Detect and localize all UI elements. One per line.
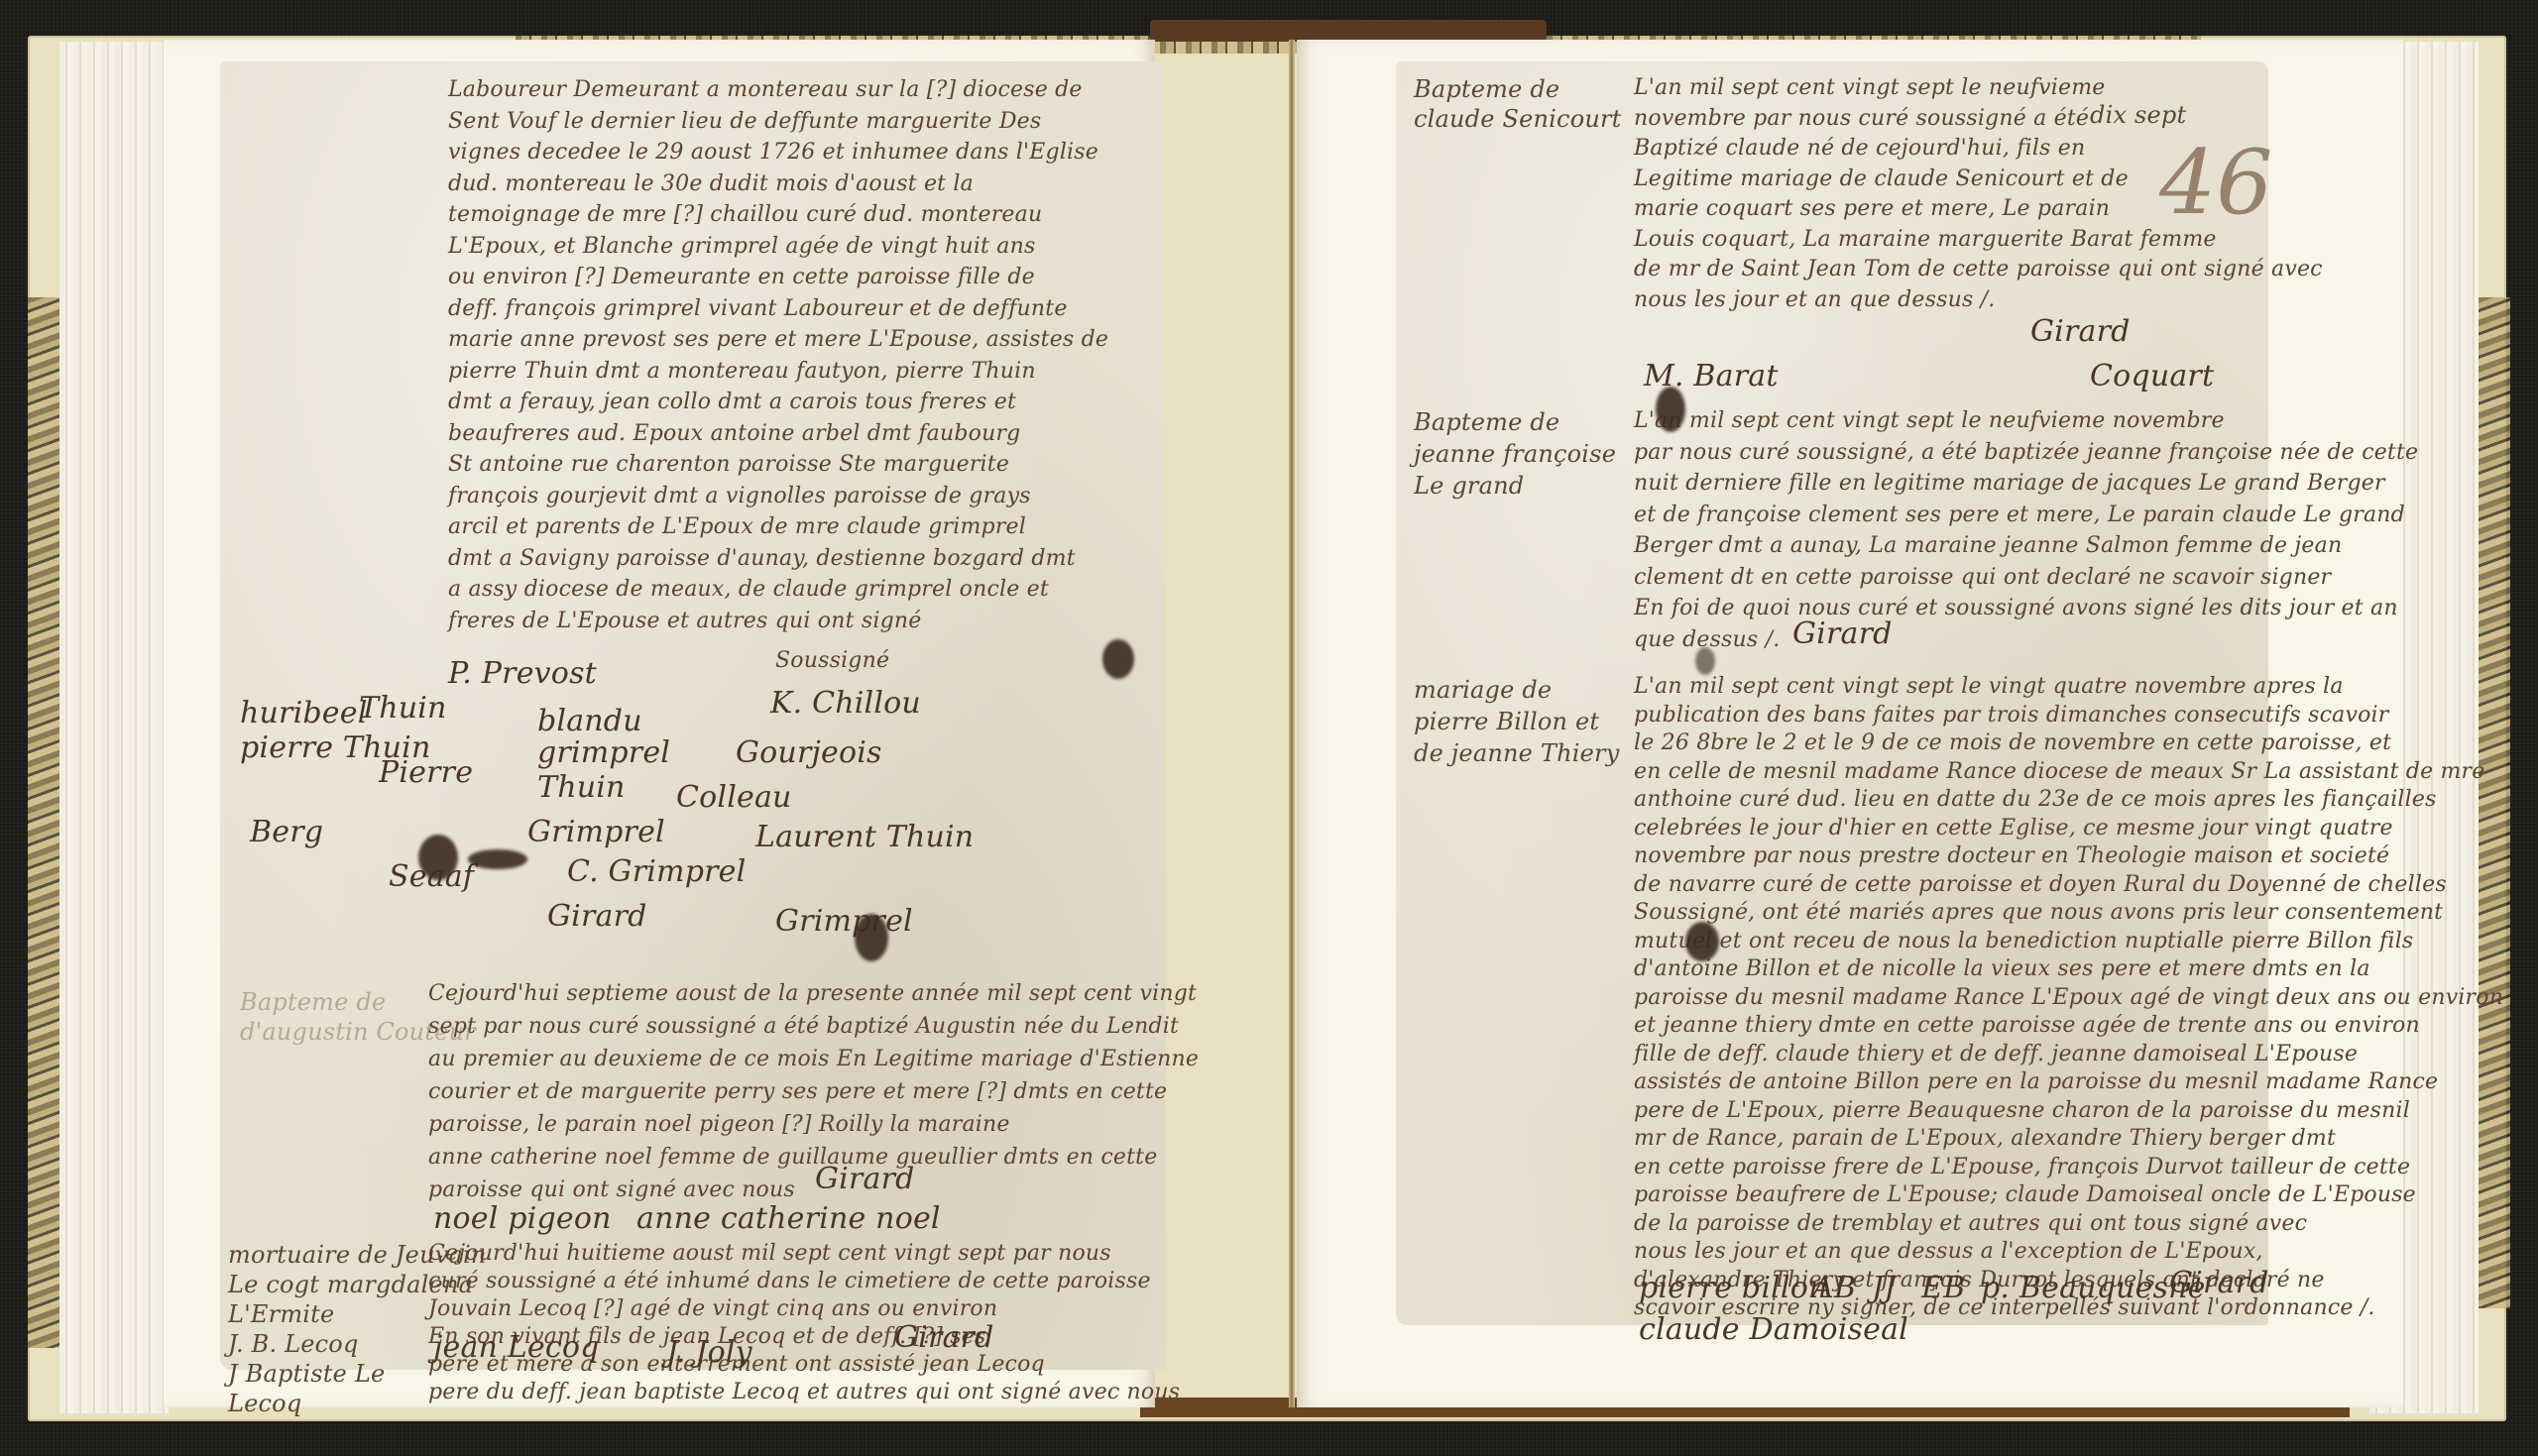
manuscript-line: Soussigné, ont été mariés apres que nous…	[1634, 900, 2443, 925]
signature: Girard	[1792, 616, 1893, 651]
signature: anne catherine noel	[636, 1201, 941, 1236]
manuscript-line: L'an mil sept cent vingt sept le neufvie…	[1634, 408, 2225, 433]
signature: Girard	[547, 899, 647, 934]
manuscript-line: d'antoine Billon et de nicolle la vieux …	[1634, 956, 2370, 981]
manuscript-line: St antoine rue charenton paroisse Ste ma…	[448, 452, 1009, 477]
manuscript-line: Cejourd'hui huitieme aoust mil sept cent…	[428, 1241, 1111, 1266]
signature: K. Chillou	[770, 686, 921, 721]
side-note: dix sept	[2090, 101, 2186, 129]
manuscript-line: mr de Rance, parain de L'Epoux, alexandr…	[1634, 1126, 2336, 1151]
manuscript-line: fille de deff. claude thiery et de deff.…	[1634, 1042, 2358, 1066]
manuscript-line: au premier au deuxieme de ce mois En Leg…	[428, 1047, 1199, 1071]
signature: AB	[1812, 1271, 1856, 1305]
margin-note: L'Ermite	[228, 1300, 334, 1328]
manuscript-line: Jouvain Lecoq [?] agé de vingt cinq ans …	[428, 1296, 997, 1321]
ink-blot	[1685, 922, 1719, 961]
manuscript-line: et de françoise clement ses pere et mere…	[1634, 503, 2405, 527]
margin-note: de jeanne Thiery	[1414, 739, 1619, 767]
margin-note: Lecoq	[228, 1390, 301, 1417]
manuscript-line: assistés de antoine Billon pere en la pa…	[1634, 1069, 2438, 1094]
manuscript-line: nous les jour et an que dessus /.	[1634, 287, 1996, 312]
manuscript-line: dmt a Savigny paroisse d'aunay, destienn…	[448, 546, 1076, 571]
manuscript-line: pere du deff. jean baptiste Lecoq et aut…	[428, 1380, 1180, 1404]
manuscript-line: novembre par nous prestre docteur en The…	[1634, 843, 2389, 868]
signature: Grimprel	[527, 815, 665, 849]
margin-note: Bapteme de	[1414, 408, 1559, 436]
manuscript-line: Louis coquart, La maraine marguerite Bar…	[1634, 227, 2217, 252]
manuscript-line: pere de L'Epoux, pierre Beauquesne charo…	[1634, 1098, 2410, 1123]
manuscript-line: courier et de marguerite perry ses pere …	[428, 1079, 1167, 1104]
signature: Berg	[250, 815, 323, 849]
manuscript-line: le 26 8bre le 2 et le 9 de ce mois de no…	[1634, 730, 2391, 755]
manuscript-line: sept par nous curé soussigné a été bapti…	[428, 1014, 1179, 1039]
manuscript-line: marie coquart ses pere et mere, Le parai…	[1634, 196, 2110, 221]
signature: grimprel	[537, 735, 670, 770]
signature: claude Damoiseal	[1639, 1312, 1908, 1347]
signature: huribeel	[240, 696, 368, 730]
signature: Girard	[2169, 1266, 2269, 1300]
manuscript-line: mutuel et ont receu de nous la benedicti…	[1634, 929, 2413, 953]
ink-blot	[855, 914, 888, 961]
manuscript-line: marie anne prevost ses pere et mere L'Ep…	[448, 327, 1108, 352]
spine-headband	[1150, 20, 1547, 42]
manuscript-line: françois gourjevit dmt a vignolles paroi…	[448, 484, 1031, 508]
marbled-endpaper-right	[2477, 297, 2510, 1308]
manuscript-line: par nous curé soussigné, a été baptizée …	[1634, 440, 2418, 465]
manuscript-line: clement dt en cette paroisse qui ont dec…	[1634, 565, 2331, 590]
manuscript-line: temoignage de mre [?] chaillou curé dud.…	[448, 202, 1042, 227]
manuscript-line: de navarre curé de cette paroisse et doy…	[1634, 872, 2447, 897]
margin-note: mariage de	[1414, 676, 1552, 704]
manuscript-line: Baptizé claude né de cejourd'hui, fils e…	[1634, 136, 2085, 161]
signature: C. Grimprel	[567, 854, 746, 889]
signature: Thuin	[359, 691, 447, 726]
manuscript-line: arcil et parents de L'Epoux de mre claud…	[448, 514, 1026, 539]
manuscript-line: novembre par nous curé soussigné a été	[1634, 106, 2089, 131]
manuscript-line: de la paroisse de tremblay et autres qui…	[1634, 1211, 2307, 1236]
manuscript-line: celebrées le jour d'hier en cette Eglise…	[1634, 816, 2393, 840]
manuscript-line: en cette paroisse frere de L'Epouse, fra…	[1634, 1155, 2410, 1179]
signature: Girard	[2030, 314, 2131, 349]
manuscript-line: dmt a ferauy, jean collo dmt a carois to…	[448, 390, 1016, 414]
manuscript-line: dud. montereau le 30e dudit mois d'aoust…	[448, 171, 974, 196]
manuscript-line: Cejourd'hui septieme aoust de la present…	[428, 981, 1197, 1006]
ink-blot	[418, 835, 458, 880]
marbled-endpaper-left	[28, 297, 61, 1348]
manuscript-line: ou environ [?] Demeurante en cette paroi…	[448, 265, 1035, 289]
signature: blandu	[537, 704, 642, 738]
manuscript-line: Legitime mariage de claude Senicourt et …	[1634, 167, 2129, 191]
manuscript-line: vignes decedee le 29 aoust 1726 et inhum…	[448, 140, 1098, 165]
signature: noel pigeon	[433, 1201, 612, 1236]
manuscript-line: pierre Thuin dmt a montereau fautyon, pi…	[448, 359, 1036, 384]
manuscript-line: L'an mil sept cent vingt sept le vingt q…	[1634, 674, 2344, 699]
margin-note: pierre Billon et	[1414, 708, 1599, 735]
signature: J. Joly	[666, 1335, 752, 1370]
page-edges-left	[59, 42, 169, 1413]
ink-blot	[1102, 639, 1134, 679]
signature: Grimprel	[775, 904, 913, 939]
ink-blot	[1656, 387, 1685, 432]
signature: JJ	[1872, 1271, 1896, 1305]
manuscript-line: nous les jour et an que dessus a l'excep…	[1634, 1239, 2263, 1264]
margin-note: claude Senicourt	[1414, 105, 1622, 133]
margin-note: J. B. Lecoq	[228, 1330, 359, 1358]
manuscript-line: Sent Vouf le dernier lieu de deffunte ma…	[448, 109, 1041, 134]
manuscript-line: paroisse beaufrere de L'Epouse; claude D…	[1634, 1182, 2416, 1207]
manuscript-line: Berger dmt a aunay, La maraine jeanne Sa…	[1634, 533, 2342, 558]
margin-note: jeanne françoise	[1414, 440, 1616, 468]
folio-number: 46	[2159, 131, 2273, 235]
margin-note: Bapteme de	[240, 988, 386, 1016]
manuscript-line: en celle de mesnil madame Rance diocese …	[1634, 759, 2485, 784]
manuscript-line: paroisse, le parain noel pigeon [?] Roil…	[428, 1112, 1010, 1137]
manuscript-line: Laboureur Demeurant a montereau sur la […	[448, 77, 1083, 102]
manuscript-line: paroisse du mesnil madame Rance L'Epoux …	[1634, 985, 2503, 1010]
manuscript-line: En foi de quoi nous curé et soussigné av…	[1634, 596, 2398, 620]
ink-blot	[1695, 647, 1715, 675]
manuscript-line: a assy diocese de meaux, de claude grimp…	[448, 577, 1049, 602]
manuscript-line: publication des bans faites par trois di…	[1634, 703, 2389, 728]
manuscript-line: L'Epoux, et Blanche grimprel agée de vin…	[448, 234, 1035, 259]
left-manuscript-sheet: Laboureur Demeurant a montereau sur la […	[220, 61, 1166, 1370]
manuscript-line: nuit derniere fille en legitime mariage …	[1634, 471, 2385, 496]
manuscript-line: freres de L'Epouse et autres qui ont sig…	[448, 609, 921, 633]
signature: Laurent Thuin	[755, 820, 974, 854]
signature: Pierre	[379, 755, 473, 790]
signature: jean Lecoq	[433, 1330, 600, 1365]
signature: Girard	[815, 1162, 915, 1196]
signature: EB	[1921, 1271, 1965, 1305]
signature: Thuin	[537, 770, 626, 805]
signature: Colleau	[676, 780, 792, 815]
right-manuscript-sheet: 46 Bapteme declaude SenicourtL'an mil se…	[1396, 61, 2268, 1325]
manuscript-line: de mr de Saint Jean Tom de cette paroiss…	[1634, 257, 2323, 281]
manuscript-line: et jeanne thiery dmte en cette paroisse …	[1634, 1013, 2420, 1038]
manuscript-line: deff. françois grimprel vivant Laboureur…	[448, 296, 1068, 321]
manuscript-line: anne catherine noel femme de guillaume g…	[428, 1145, 1157, 1170]
ink-blot	[468, 849, 527, 869]
signature: Coquart	[2090, 359, 2214, 393]
manuscript-line: anthoine curé dud. lieu en datte du 23e …	[1634, 787, 2437, 812]
margin-note: J Baptiste Le	[228, 1360, 385, 1388]
manuscript-line: curé soussigné a été inhumé dans le cime…	[428, 1269, 1151, 1293]
manuscript-line: Soussigné	[775, 648, 889, 673]
margin-note: Bapteme de	[1414, 75, 1559, 103]
signature: Girard	[894, 1320, 994, 1355]
manuscript-line: beaufreres aud. Epoux antoine arbel dmt …	[448, 421, 1020, 446]
signature: P. Prevost	[448, 656, 597, 691]
manuscript-line: L'an mil sept cent vingt sept le neufvie…	[1634, 75, 2106, 100]
book-gutter	[1289, 40, 1295, 1407]
signature: pierre billon	[1639, 1271, 1828, 1305]
margin-note: Le grand	[1414, 472, 1524, 500]
signature: Gourjeois	[736, 735, 882, 770]
manuscript-line: paroisse qui ont signé avec nous	[428, 1177, 795, 1202]
